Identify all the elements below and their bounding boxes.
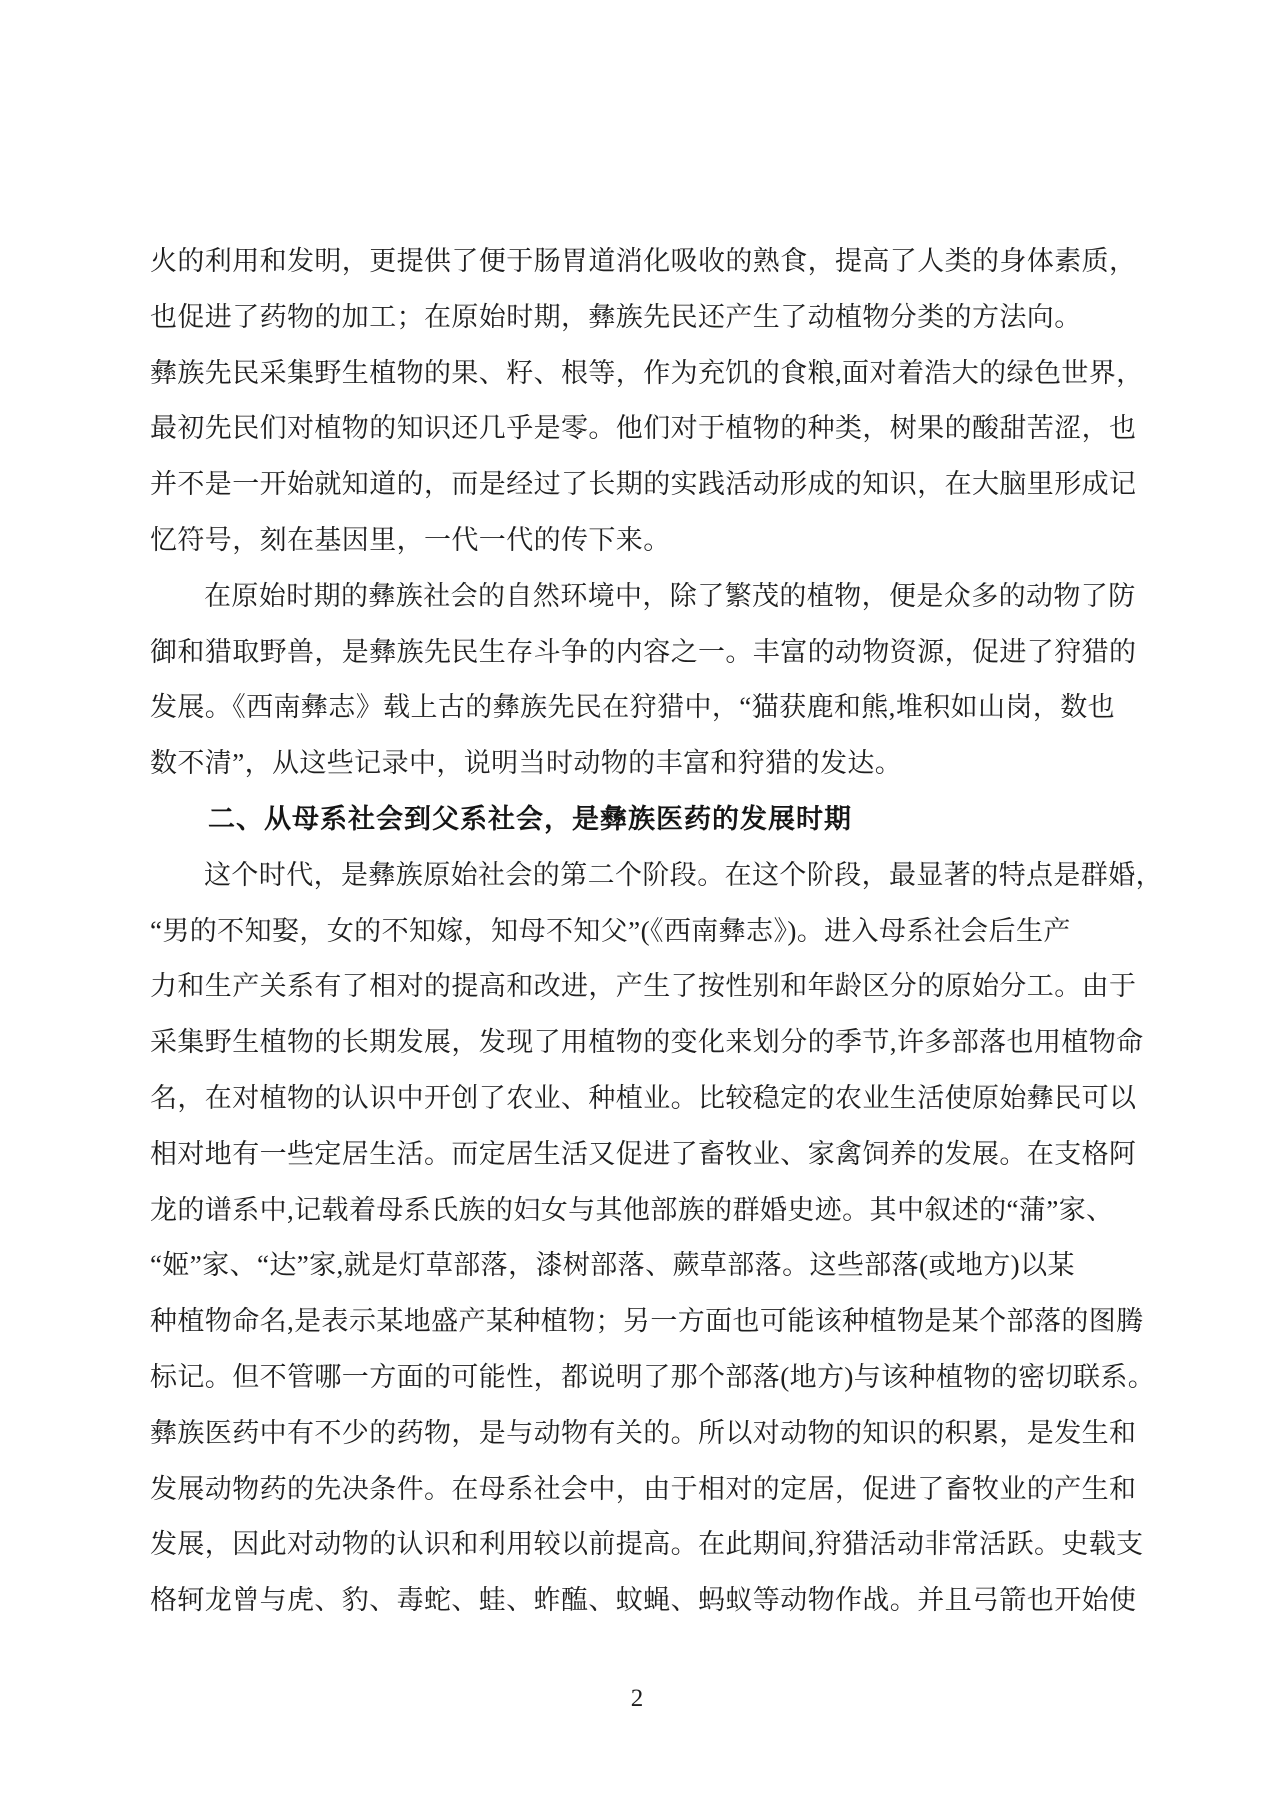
- text-line: 并不是一开始就知道的，而是经过了长期的实践活动形成的知识，在大脑里形成记: [150, 457, 1125, 513]
- text-line: 彝族先民采集野生植物的果、籽、根等，作为充饥的食粮,面对着浩大的绿色世界，: [150, 346, 1125, 402]
- text-line: 在原始时期的彝族社会的自然环境中，除了繁茂的植物，便是众多的动物了防: [150, 569, 1125, 625]
- text-line: 名，在对植物的认识中开创了农业、种植业。比较稳定的农业生活使原始彝民可以: [150, 1071, 1125, 1127]
- text-line: “姬”家、“达”家,就是灯草部落，漆树部落、蕨草部落。这些部落(或地方)以某: [150, 1238, 1125, 1294]
- page-number: 2: [0, 1684, 1274, 1714]
- document-body: 火的利用和发明，更提供了便于肠胃道消化吸收的熟食，提高了人类的身体素质，也促进了…: [150, 234, 1125, 1629]
- text-line: 种植物命名,是表示某地盛产某种植物；另一方面也可能该种植物是某个部落的图腾: [150, 1294, 1125, 1350]
- section-heading: 二、从母系社会到父系社会，是彝族医药的发展时期: [150, 792, 1125, 848]
- text-line: 彝族医药中有不少的药物，是与动物有关的。所以对动物的知识的积累，是发生和: [150, 1406, 1125, 1462]
- text-line: 数不清”，从这些记录中，说明当时动物的丰富和狩猎的发达。: [150, 736, 1125, 792]
- text-line: “男的不知娶，女的不知嫁，知母不知父”(《西南彝志》)。进入母系社会后生产: [150, 904, 1125, 960]
- text-line: 龙的谱系中,记载着母系氏族的妇女与其他部族的群婚史迹。其中叙述的“蒲”家、: [150, 1183, 1125, 1239]
- text-line: 忆符号，刻在基因里，一代一代的传下来。: [150, 513, 1125, 569]
- document-page: 火的利用和发明，更提供了便于肠胃道消化吸收的熟食，提高了人类的身体素质，也促进了…: [0, 0, 1274, 1801]
- text-line: 最初先民们对植物的知识还几乎是零。他们对于植物的种类，树果的酸甜苦涩，也: [150, 401, 1125, 457]
- text-line: 火的利用和发明，更提供了便于肠胃道消化吸收的熟食，提高了人类的身体素质，: [150, 234, 1125, 290]
- text-line: 御和猎取野兽，是彝族先民生存斗争的内容之一。丰富的动物资源，促进了狩猎的: [150, 625, 1125, 681]
- text-line: 也促进了药物的加工；在原始时期，彝族先民还产生了动植物分类的方法向。: [150, 290, 1125, 346]
- text-line: 发展，因此对动物的认识和利用较以前提高。在此期间,狩猎活动非常活跃。史载支: [150, 1517, 1125, 1573]
- text-line: 格轲龙曾与虎、豹、毒蛇、蛙、蚱醢、蚊蝇、蚂蚁等动物作战。并且弓箭也开始使: [150, 1573, 1125, 1629]
- text-line: 发展动物药的先决条件。在母系社会中，由于相对的定居，促进了畜牧业的产生和: [150, 1462, 1125, 1518]
- text-line: 采集野生植物的长期发展，发现了用植物的变化来划分的季节,许多部落也用植物命: [150, 1015, 1125, 1071]
- text-line: 发展。《西南彝志》载上古的彝族先民在狩猎中，“猫获鹿和熊,堆积如山岗，数也: [150, 680, 1125, 736]
- text-line: 这个时代，是彝族原始社会的第二个阶段。在这个阶段，最显著的特点是群婚，: [150, 848, 1125, 904]
- text-line: 相对地有一些定居生活。而定居生活又促进了畜牧业、家禽饲养的发展。在支格阿: [150, 1127, 1125, 1183]
- text-line: 标记。但不管哪一方面的可能性，都说明了那个部落(地方)与该种植物的密切联系。: [150, 1350, 1125, 1406]
- text-line: 力和生产关系有了相对的提高和改进，产生了按性别和年龄区分的原始分工。由于: [150, 959, 1125, 1015]
